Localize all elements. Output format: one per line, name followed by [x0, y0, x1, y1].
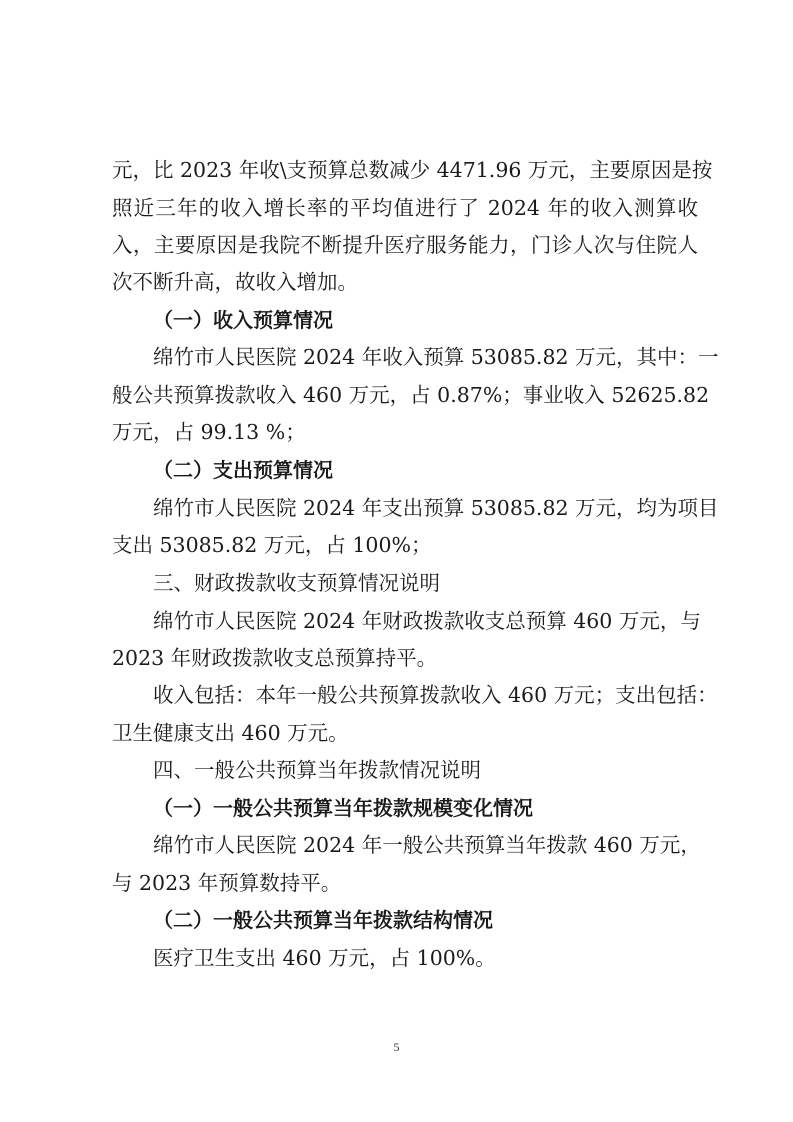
- body-line: 万元，占 99.13 %；: [112, 417, 698, 447]
- body-line: 绵竹市人民医院 2024 年收入预算 53085.82 万元，其中：一: [153, 342, 698, 372]
- body-line: 入，主要原因是我院不断提升医疗服务能力，门诊人次与住院人: [112, 230, 698, 260]
- body-line: 绵竹市人民医院 2024 年一般公共预算当年拨款 460 万元，: [153, 830, 698, 860]
- body-line: 照近三年的收入增长率的平均值进行了 2024 年的收入测算收: [112, 193, 698, 223]
- subheading-scale-change: （一）一般公共预算当年拨款规模变化情况: [153, 793, 698, 823]
- subheading-structure: （二）一般公共预算当年拨款结构情况: [153, 905, 698, 935]
- body-line: 支出 53085.82 万元，占 100%；: [112, 530, 698, 560]
- document-page: 元，比 2023 年收\支预算总数减少 4471.96 万元，主要原因是按 照近…: [0, 0, 793, 1122]
- body-line: 元，比 2023 年收\支预算总数减少 4471.96 万元，主要原因是按: [112, 155, 698, 185]
- body-line: 次不断升高，故收入增加。: [112, 267, 698, 297]
- heading-general-public-budget: 四、一般公共预算当年拨款情况说明: [153, 755, 698, 785]
- body-line: 绵竹市人民医院 2024 年财政拨款收支总预算 460 万元，与: [153, 606, 698, 636]
- body-line: 2023 年财政拨款收支总预算持平。: [112, 643, 698, 673]
- subheading-expenditure-budget: （二）支出预算情况: [153, 455, 698, 485]
- body-line: 与 2023 年预算数持平。: [112, 868, 698, 898]
- page-number: 5: [0, 1040, 793, 1055]
- subheading-income-budget: （一）收入预算情况: [153, 305, 698, 335]
- body-line: 卫生健康支出 460 万元。: [112, 718, 698, 748]
- body-line: 绵竹市人民医院 2024 年支出预算 53085.82 万元，均为项目: [153, 493, 698, 523]
- heading-fiscal-appropriation: 三、财政拨款收支预算情况说明: [153, 568, 698, 598]
- body-line: 医疗卫生支出 460 万元，占 100%。: [153, 943, 698, 973]
- body-line: 般公共预算拨款收入 460 万元，占 0.87%；事业收入 52625.82: [112, 380, 698, 410]
- body-line: 收入包括：本年一般公共预算拨款收入 460 万元；支出包括：: [153, 680, 698, 710]
